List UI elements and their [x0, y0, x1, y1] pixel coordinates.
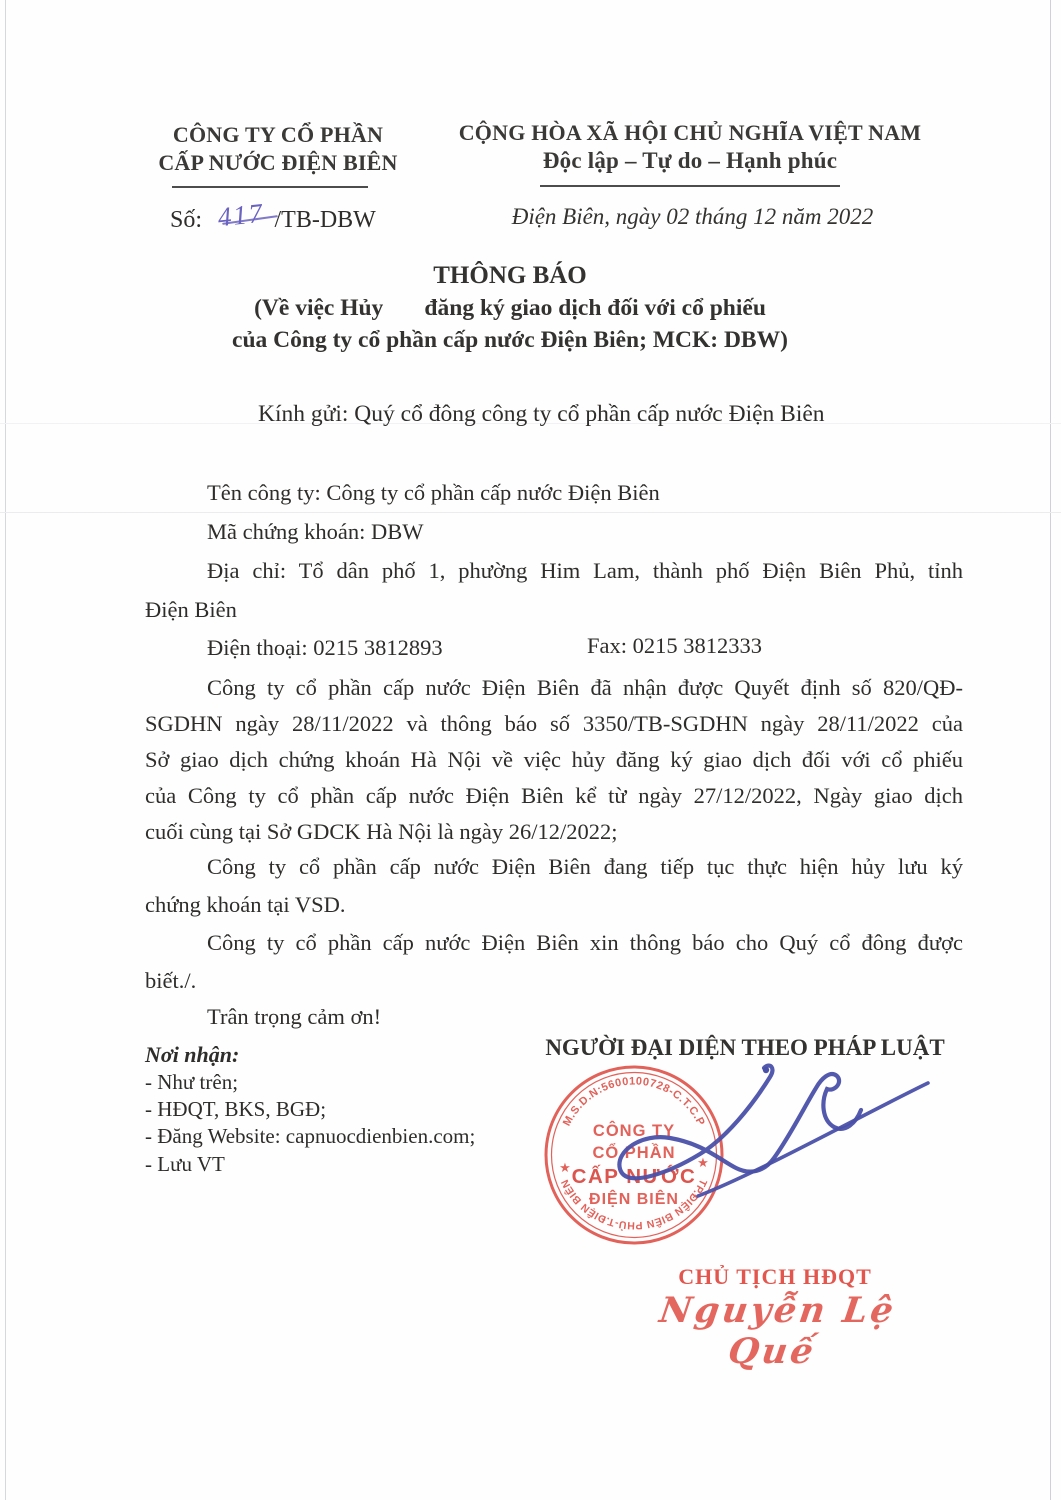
scanned-document-page: CÔNG TY CỔ PHẦN CẤP NƯỚC ĐIỆN BIÊN CỘNG …	[0, 0, 1061, 1500]
national-motto-underline	[540, 185, 840, 187]
company-name-underline	[172, 186, 368, 188]
info-line-address-2: Điện Biên	[145, 595, 963, 625]
signature-stroke-main	[619, 1066, 861, 1179]
fax-value: Fax: 0215 3812333	[587, 633, 762, 659]
scan-edge-left	[5, 0, 6, 1500]
scan-edge-right	[1050, 0, 1051, 1500]
national-motto-line1: CỘNG HÒA XÃ HỘI CHỦ NGHĨA VIỆT NAM	[455, 120, 925, 146]
doc-number-line: Số: 417 /TB-DBW	[170, 203, 376, 234]
company-name-line2: CẤP NƯỚC ĐIỆN BIÊN	[118, 150, 438, 176]
info-line-company-name: Tên công ty: Công ty cổ phần cấp nước Đi…	[145, 478, 963, 508]
recipient-item-1: - Như trên;	[145, 1070, 238, 1095]
handwritten-doc-number: 417	[216, 198, 265, 234]
date-line: Điện Biên, ngày 02 tháng 12 năm 2022	[495, 204, 890, 230]
signature-stroke-tail	[698, 1083, 928, 1196]
doc-number-label: Số:	[170, 207, 202, 233]
body-line-7: chứng khoán tại VSD.	[145, 890, 963, 920]
chairman-name: Nguyễn Lệ Quế	[624, 1290, 926, 1372]
salutation: Kính gửi: Quý cổ đông công ty cổ phần cấ…	[258, 401, 825, 428]
recipients-heading: Nơi nhận:	[145, 1042, 239, 1068]
info-line-ticker: Mã chứng khoán: DBW	[145, 517, 963, 547]
doc-title: THÔNG BÁO	[330, 262, 690, 290]
signature-ink	[560, 1050, 960, 1220]
phone-line: Điện thoại: 0215 3812893	[145, 633, 963, 663]
doc-subtitle-2: của Công ty cổ phần cấp nước Điện Biên; …	[150, 327, 870, 354]
company-name-line1: CÔNG TY CỔ PHẦN	[118, 122, 438, 148]
doc-subtitle-1: (Về việc Hủy đăng ký giao dịch đối với c…	[150, 295, 870, 322]
body-line-5: cuối cùng tại Sở GDCK Hà Nội là ngày 26/…	[145, 817, 963, 847]
recipient-item-4: - Lưu VT	[145, 1152, 225, 1177]
national-motto-line2: Độc lập – Tự do – Hạnh phúc	[455, 148, 925, 174]
scan-artifact-line-1	[0, 512, 1061, 513]
recipient-item-2: - HĐQT, BKS, BGĐ;	[145, 1097, 326, 1122]
chairman-title: CHỦ TỊCH HĐQT	[660, 1264, 890, 1290]
doc-number-suffix: /TB-DBW	[275, 207, 376, 233]
closing-line: Trân trọng cảm ơn!	[145, 1002, 963, 1032]
recipient-item-3: - Đăng Website: capnuocdienbien.com;	[145, 1124, 475, 1149]
body-line-9: biết./.	[145, 966, 963, 996]
